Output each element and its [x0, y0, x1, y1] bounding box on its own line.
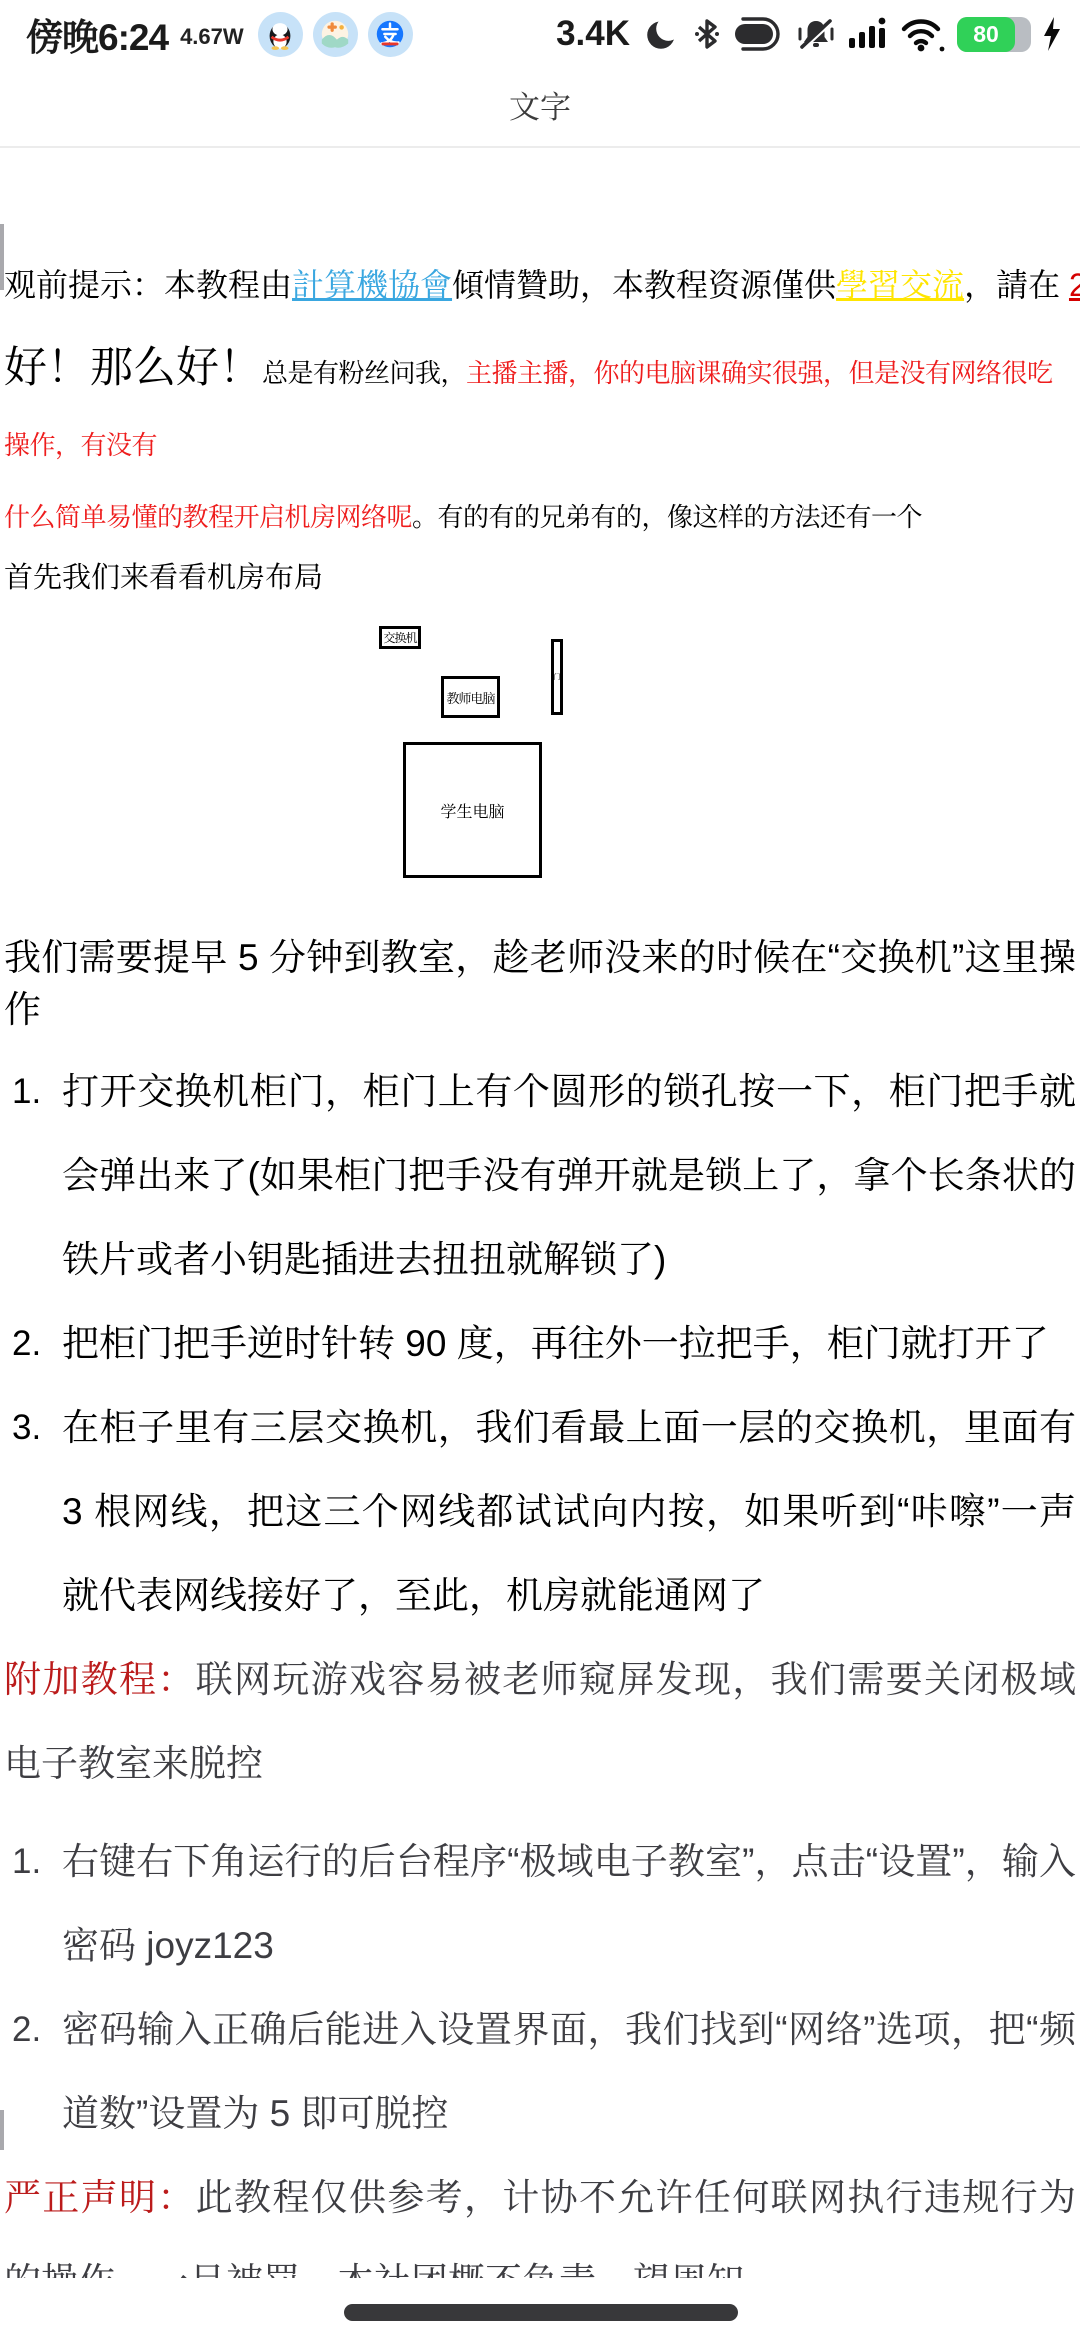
page-title: 文字: [509, 82, 571, 127]
alipay-icon: [368, 12, 413, 57]
switch-label: 交换机: [383, 629, 416, 646]
text-segment: 什么简单易懂的教程开启机房网络呢: [4, 502, 412, 532]
battery-icon: 80: [957, 17, 1031, 52]
status-bar: 傍晚6:24 4.67W: [0, 0, 1080, 62]
upload-speed: 4.67W: [180, 24, 244, 50]
intro-paragraph: 好！那么好！总是有粉丝问我，主播主播，你的电脑课确实很强，但是没有网络很吃操作，…: [4, 332, 1076, 553]
text-segment: 严正声明：: [4, 2177, 196, 2218]
switch-box: 交换机: [379, 626, 421, 649]
text-segment: 。有的有的兄弟有的，像这样的方法还有一个: [412, 502, 922, 532]
wifi-icon: [900, 16, 946, 52]
battery-level: 80: [957, 17, 1015, 52]
notice-line: 观前提示：本教程由計算機協會傾情贊助，本教程资源僅供學習交流，請在 24 小時內…: [4, 260, 1076, 306]
teacher-label: 教师电脑: [446, 688, 494, 707]
status-bar-left: 傍晚6:24 4.67W: [26, 7, 413, 61]
lead-paragraph: 我们需要提早 5 分钟到教室，趁老师没来的时候在“交换机”这里操作: [4, 932, 1076, 1036]
eye-protect-icon: [733, 15, 785, 53]
moon-icon: [643, 15, 681, 53]
extra-steps-list: 右键右下角运行的后台程序“极域电子教室”，点击“设置”，输入密码 joyz123…: [4, 1820, 1076, 2156]
status-bar-right: 3.4K: [556, 14, 1062, 54]
layout-intro-line: 首先我们来看看机房布局: [4, 555, 1076, 596]
game-center-icon: [313, 12, 358, 57]
text-segment[interactable]: 計算機協會: [292, 267, 452, 303]
list-item: 在柜子里有三层交换机，我们看最上面一层的交换机，里面有 3 根网线，把这三个网线…: [4, 1386, 1076, 1638]
text-cursor-top[interactable]: [0, 224, 4, 290]
list-item: 右键右下角运行的后台程序“极域电子教室”，点击“设置”，输入密码 joyz123: [4, 1820, 1076, 1988]
app-header: 文字: [0, 62, 1080, 148]
download-speed: 3.4K: [556, 14, 630, 54]
home-indicator-bar[interactable]: [344, 2304, 738, 2321]
text-segment: ，請在: [964, 267, 1069, 303]
text-segment: 傾情贊助，本教程资源僅供: [452, 267, 836, 303]
door-box: 门: [551, 639, 563, 715]
charging-bolt-icon: [1042, 16, 1062, 52]
text-segment: 总是有粉丝问我，: [262, 358, 466, 388]
list-item: 密码输入正确后能进入设置界面，我们找到“网络”选项，把“频道数”设置为 5 即可…: [4, 1988, 1076, 2156]
text-segment: 好！那么好！: [4, 344, 262, 392]
extra-tutorial-paragraph: 附加教程：联网玩游戏容易被老师窥屏发现，我们需要关闭极域电子教室来脱控: [4, 1638, 1076, 1806]
student-computer-box: 学生电脑: [403, 742, 542, 878]
clock: 傍晚6:24: [26, 7, 168, 61]
vibrate-mute-icon: [796, 15, 836, 53]
list-item: 打开交换机柜门，柜门上有个圆形的锁孔按一下，柜门把手就会弹出来了(如果柜门把手没…: [4, 1050, 1076, 1302]
bluetooth-icon: [692, 16, 722, 52]
signal-icon: [847, 16, 889, 52]
text-cursor-bottom[interactable]: [0, 2110, 4, 2150]
text-segment: 观前提示：本教程由: [4, 267, 292, 303]
door-label: 门: [554, 672, 561, 682]
text-segment: 附加教程：: [4, 1659, 196, 1700]
list-item: 把柜门把手逆时针转 90 度，再往外一拉把手，柜门就打开了: [4, 1302, 1076, 1386]
document-page[interactable]: 观前提示：本教程由計算機協會傾情贊助，本教程资源僅供學習交流，請在 24 小時內…: [0, 148, 1080, 2278]
teacher-computer-box: 教师电脑: [441, 676, 500, 718]
classroom-layout-diagram: 交换机 门 教师电脑 学生电脑: [4, 610, 1076, 898]
switch-steps-list: 打开交换机柜门，柜门上有个圆形的锁孔按一下，柜门把手就会弹出来了(如果柜门把手没…: [4, 1050, 1076, 1638]
statement-paragraph: 严正声明：此教程仅供参考，计协不允许任何联网执行违规行为的操作，一旦被罚，本社团…: [4, 2156, 1076, 2278]
student-label: 学生电脑: [440, 799, 504, 822]
text-segment: 24 小時內刪除: [1069, 267, 1080, 303]
qq-icon: [258, 12, 303, 57]
text-segment: 學習交流: [836, 267, 964, 303]
